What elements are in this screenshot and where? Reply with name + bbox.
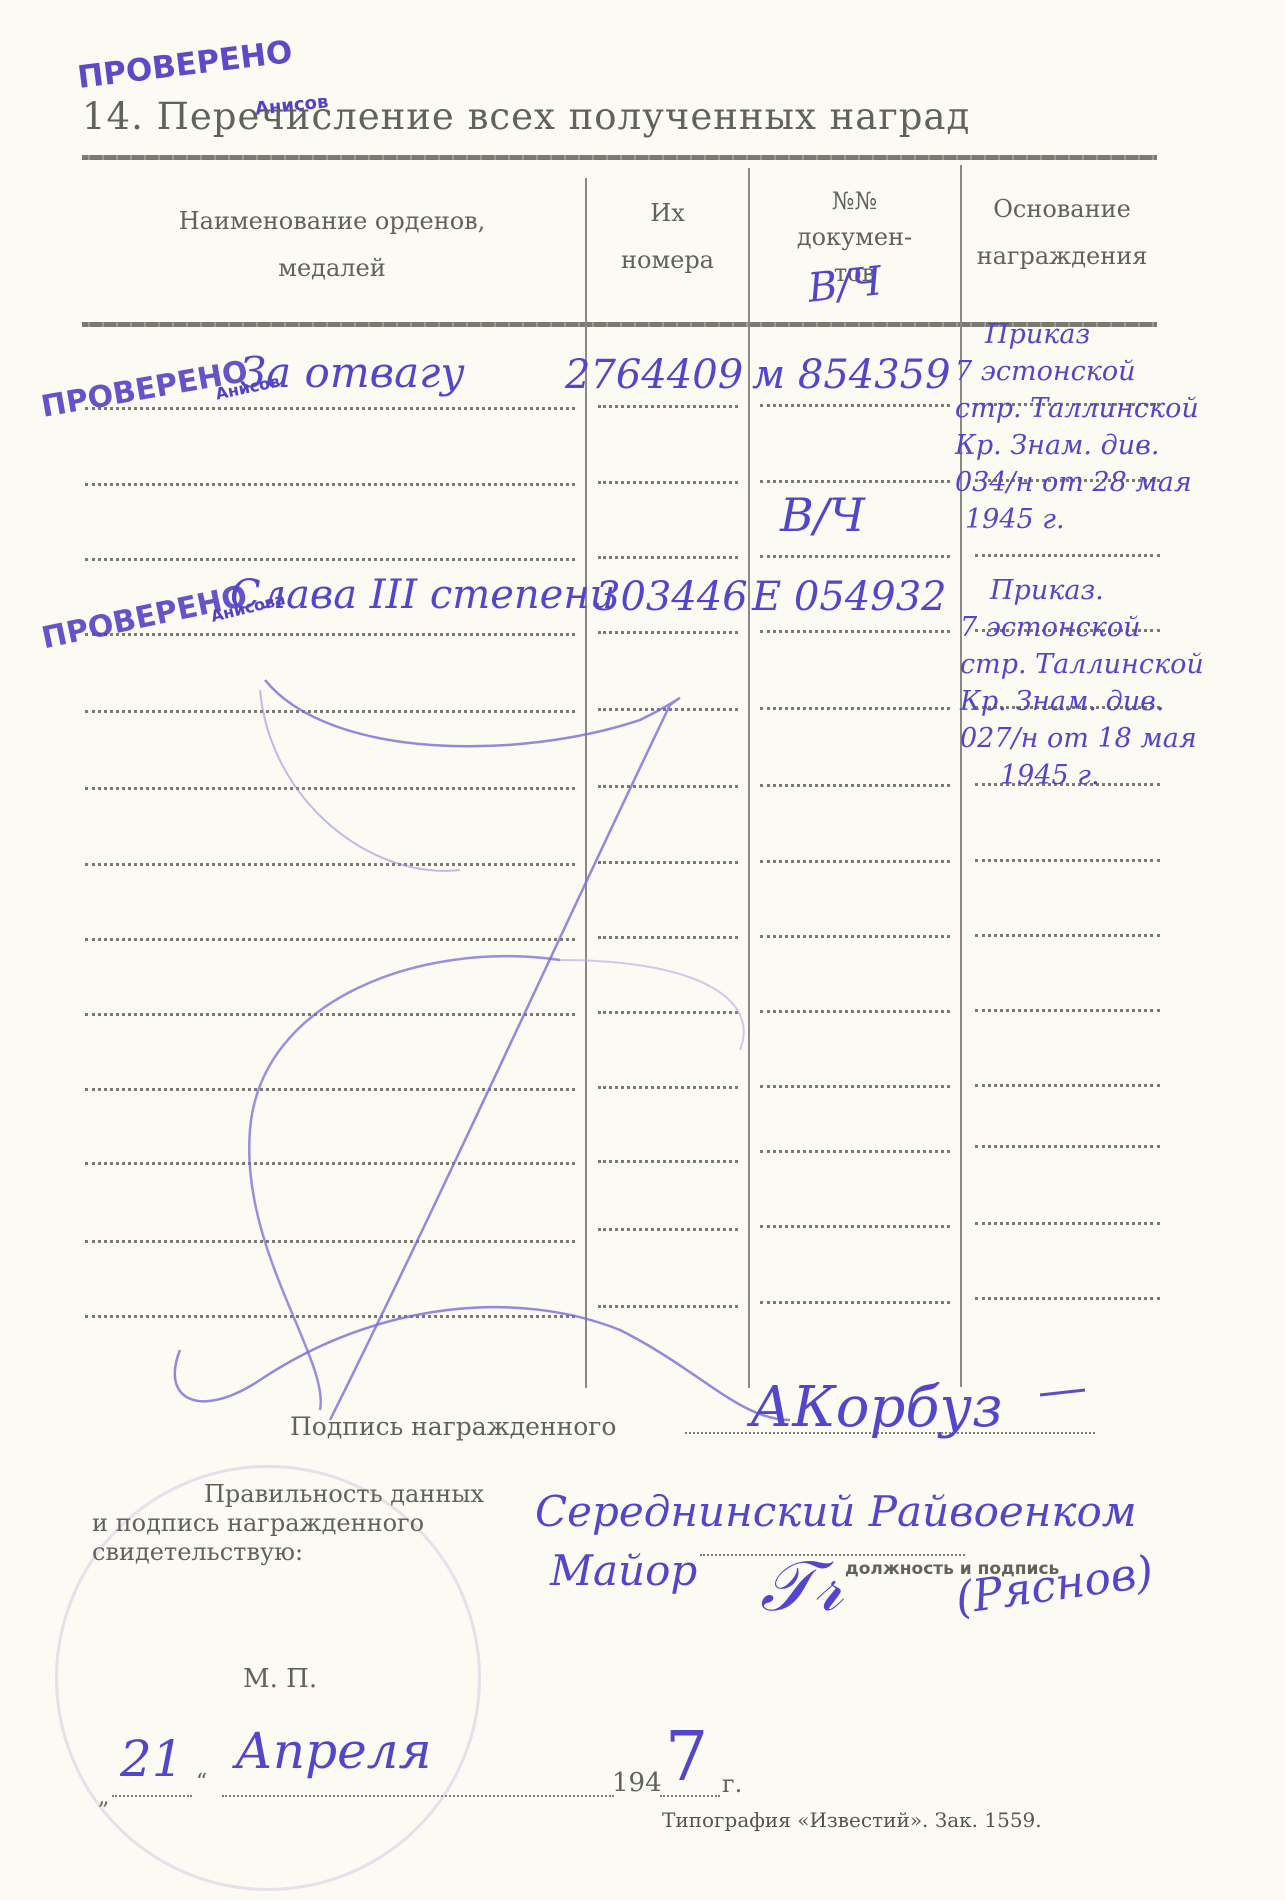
award-basis: Приказ 7 эстонской стр. Таллинской Кр. З… — [955, 316, 1199, 538]
section-title: 14. Перечисление всех полученных наград — [82, 95, 970, 138]
header-award-name: Наименование орденов, медалей — [82, 198, 582, 292]
header-basis: Основание награждения — [962, 186, 1162, 280]
document-annotation: В/Ч — [780, 488, 865, 542]
date-month: Апреля — [235, 1722, 432, 1780]
award-number: 2764409 — [565, 352, 743, 398]
seal-place-label: М. П. — [243, 1664, 317, 1694]
date-line: „ — [98, 1785, 109, 1810]
award-name: За отвагу — [240, 348, 465, 397]
recipient-signature: АКорбуз — [750, 1375, 1003, 1440]
award-name: Слава III степени — [230, 572, 615, 618]
date-year-suffix: г. — [722, 1770, 742, 1798]
date-year-printed: 194 — [612, 1768, 662, 1798]
award-number: 303446 — [595, 574, 748, 620]
printer-imprint: Типография «Известий». Зак. 1559. — [662, 1808, 1042, 1832]
certifier-signature: 𝒯𝓇 — [760, 1545, 843, 1628]
recipient-signature-label: Подпись награжденного — [290, 1412, 616, 1441]
verified-stamp-top: ПРОВЕРЕНО — [76, 34, 295, 96]
date-year-line — [660, 1795, 720, 1797]
header-annotation: В/Ч — [806, 258, 884, 311]
certifier-position: Середнинский Райвоенком — [535, 1487, 1137, 1536]
stamp-text: ПРОВЕРЕНО — [76, 34, 295, 96]
document-number: Е 054932 — [752, 574, 947, 620]
certification-label: Правильность данных и подпись награжденн… — [92, 1480, 484, 1567]
date-month-line — [222, 1795, 614, 1797]
column-divider-2 — [748, 168, 750, 1388]
header-numbers: Их номера — [590, 190, 745, 284]
document-number: м 854359 — [752, 352, 951, 398]
award-basis: Приказ. 7 эстонской стр. Таллинской Кр. … — [960, 572, 1204, 794]
date-quote: “ — [196, 1770, 207, 1795]
date-day: 21 — [120, 1730, 184, 1788]
table-top-rule — [82, 155, 1157, 160]
certifier-rank: Майор — [550, 1546, 697, 1595]
date-day-line — [112, 1795, 192, 1797]
date-year-digit: 7 — [665, 1718, 708, 1797]
